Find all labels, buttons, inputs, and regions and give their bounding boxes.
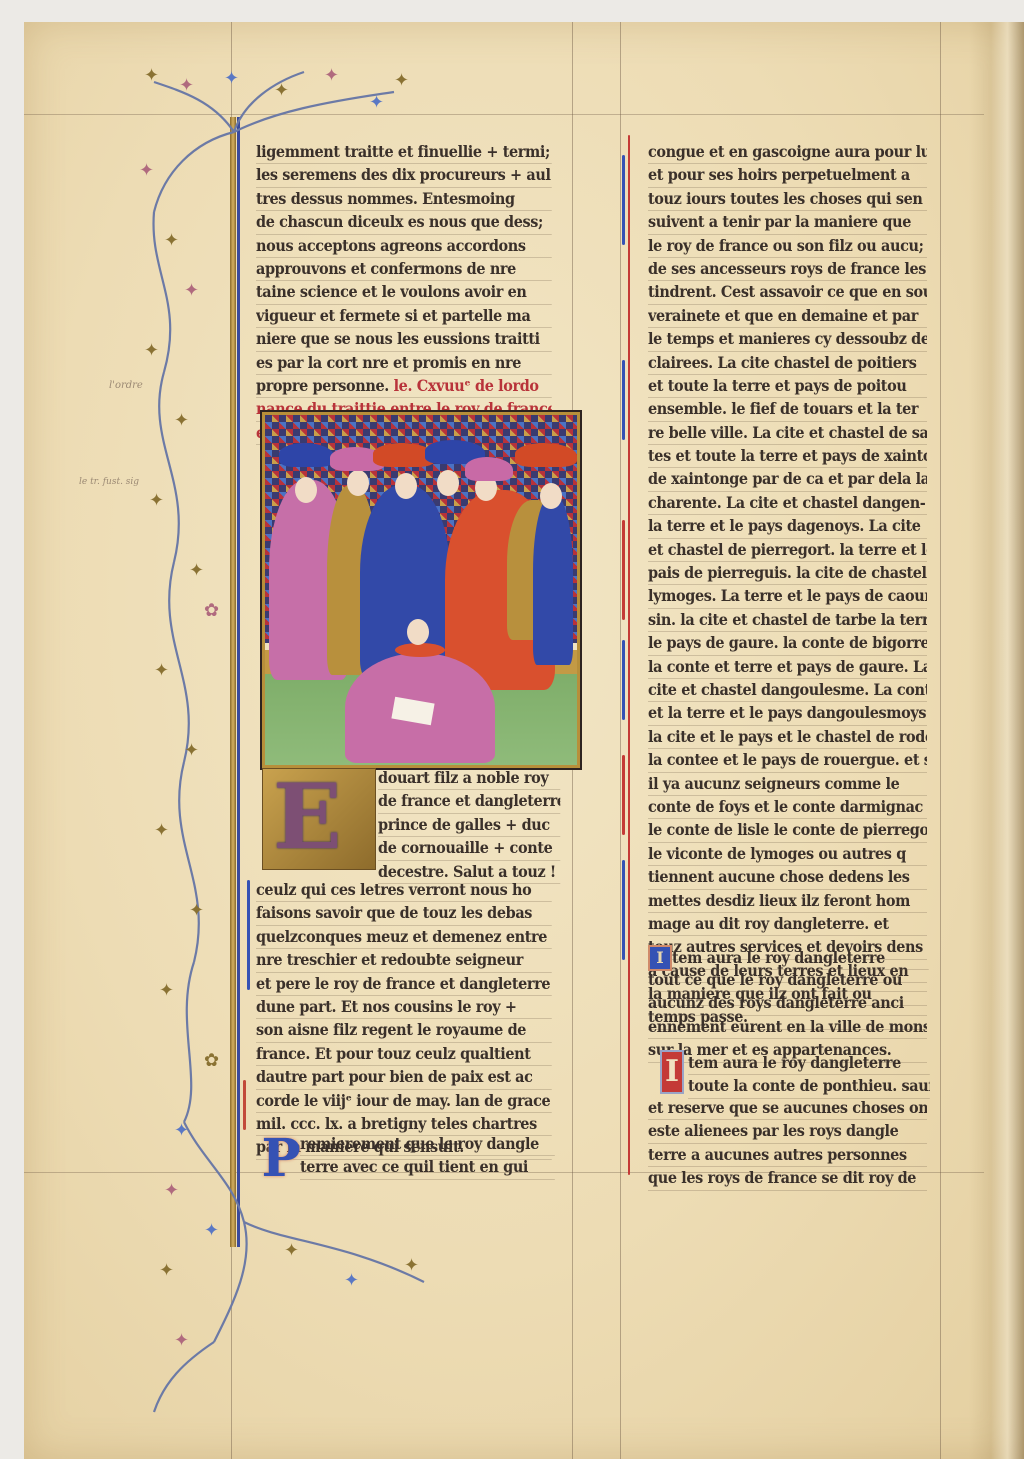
- decorated-initial-p: P: [256, 1132, 306, 1188]
- blue-leaf-ornament: ✦: [174, 1122, 189, 1140]
- text-line: ensemble. le fief de touars et la ter: [648, 398, 927, 421]
- gold-flower-ornament: ✿: [204, 1052, 219, 1070]
- item2-first-lines: tem aura le roy dangleterre toute la con…: [688, 1052, 948, 1099]
- text-line: tindrent. Cest assavoir ce que en sou: [648, 281, 927, 304]
- penwork-flourish-blue: [622, 360, 625, 440]
- text-line: tiennent aucune chose dedens les: [648, 866, 927, 889]
- penwork-flourish-blue: [622, 640, 625, 720]
- left-column-text-bottom: ceulz qui ces letres verront nous ho fai…: [256, 879, 574, 1160]
- text-line: le pays de gaure. la conte de bigorre +: [648, 632, 927, 655]
- text-line: de chascun diceulx es nous que dess;: [256, 211, 552, 234]
- text-line: nous acceptons agreons accordons: [256, 235, 552, 258]
- text-line: remierement que le roy dangle: [300, 1133, 555, 1156]
- gold-leaf-ornament: ✦: [154, 822, 169, 840]
- gold-leaf-ornament: ✦: [144, 67, 159, 85]
- text-line: ceulz qui ces letres verront nous ho: [256, 879, 552, 902]
- penwork-flourish-blue: [622, 155, 625, 245]
- red-collar: [395, 643, 445, 657]
- head: [437, 470, 459, 496]
- gold-leaf-ornament: ✦: [189, 902, 204, 920]
- blue-leaf-ornament: ✦: [369, 94, 384, 112]
- rose-leaf-ornament: ✦: [184, 282, 199, 300]
- head: [395, 473, 417, 499]
- penwork-flourish-red: [243, 1080, 246, 1130]
- text-line: tem aura le roy dangleterre: [672, 947, 929, 970]
- text-line: taine science et le voulons avoir en: [256, 281, 552, 304]
- text-line: tes et toute la terre et pays de xaintoe: [648, 445, 927, 468]
- gold-leaf-ornament: ✦: [174, 412, 189, 430]
- text-line: pais de pierreguis. la cite de chastel d…: [648, 562, 927, 585]
- head: [347, 470, 369, 496]
- text-line: il ya aucunz seigneurs comme le: [648, 773, 927, 796]
- penwork-flourish-blue: [622, 860, 625, 960]
- illuminated-initial-e: E: [262, 768, 376, 870]
- initial-adjacent-text: douart filz a noble roy de france et dan…: [378, 767, 574, 884]
- text-line: dautre part pour bien de paix est ac: [256, 1066, 552, 1089]
- text-line: conte de foys et le conte darmignac: [648, 796, 927, 819]
- text-line: es par la cort nre et promis en nre: [256, 352, 552, 375]
- text-line: suivent a tenir par la maniere que: [648, 211, 927, 234]
- penwork-flourish-red: [622, 755, 625, 835]
- text-line: la conte et terre et pays de gaure. La: [648, 656, 927, 679]
- ruling-line-right-column-start: [620, 22, 621, 1459]
- blue-leaf-ornament: ✦: [224, 70, 239, 88]
- rose-leaf-ornament: ✦: [174, 1332, 189, 1350]
- text-line: et chastel de pierregort. la terre et le: [648, 539, 927, 562]
- figure-blue-robe: [533, 495, 573, 665]
- miniature-illumination: [262, 412, 580, 768]
- text-line: ligemment traitte et finuellie + termi;: [256, 141, 552, 164]
- text-line: terre a aucunes autres personnes: [648, 1144, 927, 1167]
- text-line: et pere le roy de france et dangleterre: [256, 973, 552, 996]
- text-line: lymoges. La terre et le pays de caour: [648, 585, 927, 608]
- text-line: mettes desdiz lieux ilz feront hom: [648, 890, 927, 913]
- text-line: la contee et le pays de rouergue. et se: [648, 749, 927, 772]
- gold-leaf-ornament: ✦: [159, 1262, 174, 1280]
- text-line: faisons savoir que de touz les debas: [256, 902, 552, 925]
- text-line: france. Et pour touz ceulz qualtient: [256, 1043, 552, 1066]
- text-line: este alienees par les roys dangle: [648, 1120, 927, 1143]
- initial-i-blue: I: [650, 947, 670, 969]
- left-column-text-top: ligemment traitte et finuellie + termi; …: [256, 141, 574, 445]
- text-line: le conte de lisle le conte de pierregort…: [648, 819, 927, 842]
- page-gutter-fold: [969, 22, 1024, 1459]
- text-line: de france et dangleterre: [378, 790, 560, 813]
- blue-chaperon-hat: [279, 443, 334, 467]
- text-line: prince de galles + duc: [378, 814, 560, 837]
- rose-leaf-ornament: ✦: [139, 162, 154, 180]
- text-line: de cornouaille + conte: [378, 837, 560, 860]
- text-line: verainete et que en demaine et par: [648, 305, 927, 328]
- text-line: tem aura le roy dangleterre: [688, 1052, 930, 1075]
- margin-note-small: le tr. fust. sig: [79, 477, 139, 487]
- text-line: charente. La cite et chastel dangen-: [648, 492, 927, 515]
- text-line: douart filz a noble roy: [378, 767, 560, 790]
- text-black-part: propre personne.: [256, 376, 389, 395]
- gold-leaf-ornament: ✦: [154, 662, 169, 680]
- rose-leaf-ornament: ✦: [164, 1182, 179, 1200]
- rose-flower-ornament: ✿: [204, 602, 219, 620]
- penwork-flourish-red: [622, 520, 625, 620]
- rose-leaf-ornament: ✦: [179, 77, 194, 95]
- penwork-vertical-red: [628, 135, 630, 1175]
- gold-leaf-ornament: ✦: [159, 982, 174, 1000]
- gold-leaf-ornament: ✦: [164, 232, 179, 250]
- text-line: cite et chastel dangoulesme. La contee: [648, 679, 927, 702]
- gold-leaf-ornament: ✦: [184, 742, 199, 760]
- text-line: de ses ancesseurs roys de france les: [648, 258, 927, 281]
- head: [295, 477, 317, 503]
- gold-leaf-ornament: ✦: [189, 562, 204, 580]
- text-line: le temps et manieres cy dessoubz de: [648, 328, 927, 351]
- penwork-flourish-blue: [247, 880, 250, 990]
- gold-leaf-ornament: ✦: [284, 1242, 299, 1260]
- text-line: et toute la terre et pays de poitou: [648, 375, 927, 398]
- text-line: niere que se nous les eussions traitti: [256, 328, 552, 351]
- head: [540, 483, 562, 509]
- text-line: tout ce que le roy dangleterre ou: [648, 969, 927, 992]
- text-line: vigueur et fermete si et partelle ma: [256, 305, 552, 328]
- initial-letter: E: [273, 771, 342, 863]
- text-line: et pour ses hoirs perpetuelment a: [648, 164, 927, 187]
- text-line: mage au dit roy dangleterre. et: [648, 913, 927, 936]
- text-line: de xaintonge par de ca et par dela la: [648, 468, 927, 491]
- text-line: tres dessus nommes. Entesmoing: [256, 188, 552, 211]
- text-line: toute la conte de ponthieu. sauf: [688, 1075, 930, 1098]
- rubric-start: le. Cxvuuᵉ de lordo: [394, 376, 539, 395]
- prince-head: [407, 619, 429, 645]
- text-line-mixed: propre personne. le. Cxvuuᵉ de lordo: [256, 375, 552, 398]
- right-column-text: congue et en gascoigne aura pour lui et …: [648, 141, 948, 1030]
- text-line: touz iours toutes les choses qui sen: [648, 188, 927, 211]
- gold-leaf-ornament: ✦: [274, 82, 289, 100]
- item1-first-line: tem aura le roy dangleterre: [672, 947, 948, 970]
- text-line: le roy de france ou son filz ou aucu;: [648, 235, 927, 258]
- text-line: re belle ville. La cite et chastel de sa…: [648, 422, 927, 445]
- blue-leaf-ornament: ✦: [204, 1222, 219, 1240]
- text-line: sin. la cite et chastel de tarbe la terr…: [648, 609, 927, 632]
- text-line: ennement eurent en la ville de monstreui…: [648, 1016, 927, 1039]
- text-line: et la terre et le pays dangoulesmoys.: [648, 702, 927, 725]
- initial-p-text: remierement que le roy dangle terre avec…: [300, 1133, 574, 1180]
- gold-leaf-ornament: ✦: [149, 492, 164, 510]
- rose-leaf-ornament: ✦: [324, 67, 339, 85]
- text-line: la terre et le pays dagenoys. La cite: [648, 515, 927, 538]
- text-line: approuvons et confermons de nre: [256, 258, 552, 281]
- text-line: nre treschier et redoubte seigneur: [256, 949, 552, 972]
- initial-i-red: I: [662, 1052, 682, 1092]
- text-line: les seremens des dix procureurs + aul: [256, 164, 552, 187]
- text-line: congue et en gascoigne aura pour lui: [648, 141, 927, 164]
- gold-leaf-ornament: ✦: [404, 1257, 419, 1275]
- text-line: et reserve que se aucunes choses ont: [648, 1097, 927, 1120]
- text-line: corde le viijᵉ iour de may. lan de grace: [256, 1090, 552, 1113]
- gold-leaf-ornament: ✦: [144, 342, 159, 360]
- blue-leaf-ornament: ✦: [344, 1272, 359, 1290]
- text-line: dune part. Et nos cousins le roy +: [256, 996, 552, 1019]
- item2-text: et reserve que se aucunes choses ont est…: [648, 1097, 948, 1191]
- red-chaperon-hat: [515, 443, 577, 467]
- text-line: son aisne filz regent le royaume de: [256, 1019, 552, 1042]
- text-line: clairees. La cite chastel de poitiers: [648, 352, 927, 375]
- text-line: que les roys de france se dit roy de: [648, 1167, 927, 1190]
- pink-chaperon-hat: [465, 457, 513, 481]
- text-line: terre avec ce quil tient en gui: [300, 1156, 555, 1179]
- margin-note: l'ordre: [109, 380, 143, 391]
- text-line: le viconte de lymoges ou autres q: [648, 843, 927, 866]
- item1-text: tout ce que le roy dangleterre ou aucunz…: [648, 969, 948, 1063]
- text-line: quelzconques meuz et demenez entre: [256, 926, 552, 949]
- text-line: aucunz des roys dangleterre anci: [648, 992, 927, 1015]
- text-line: la cite et le pays et le chastel de rode…: [648, 726, 927, 749]
- gold-leaf-ornament: ✦: [394, 72, 409, 90]
